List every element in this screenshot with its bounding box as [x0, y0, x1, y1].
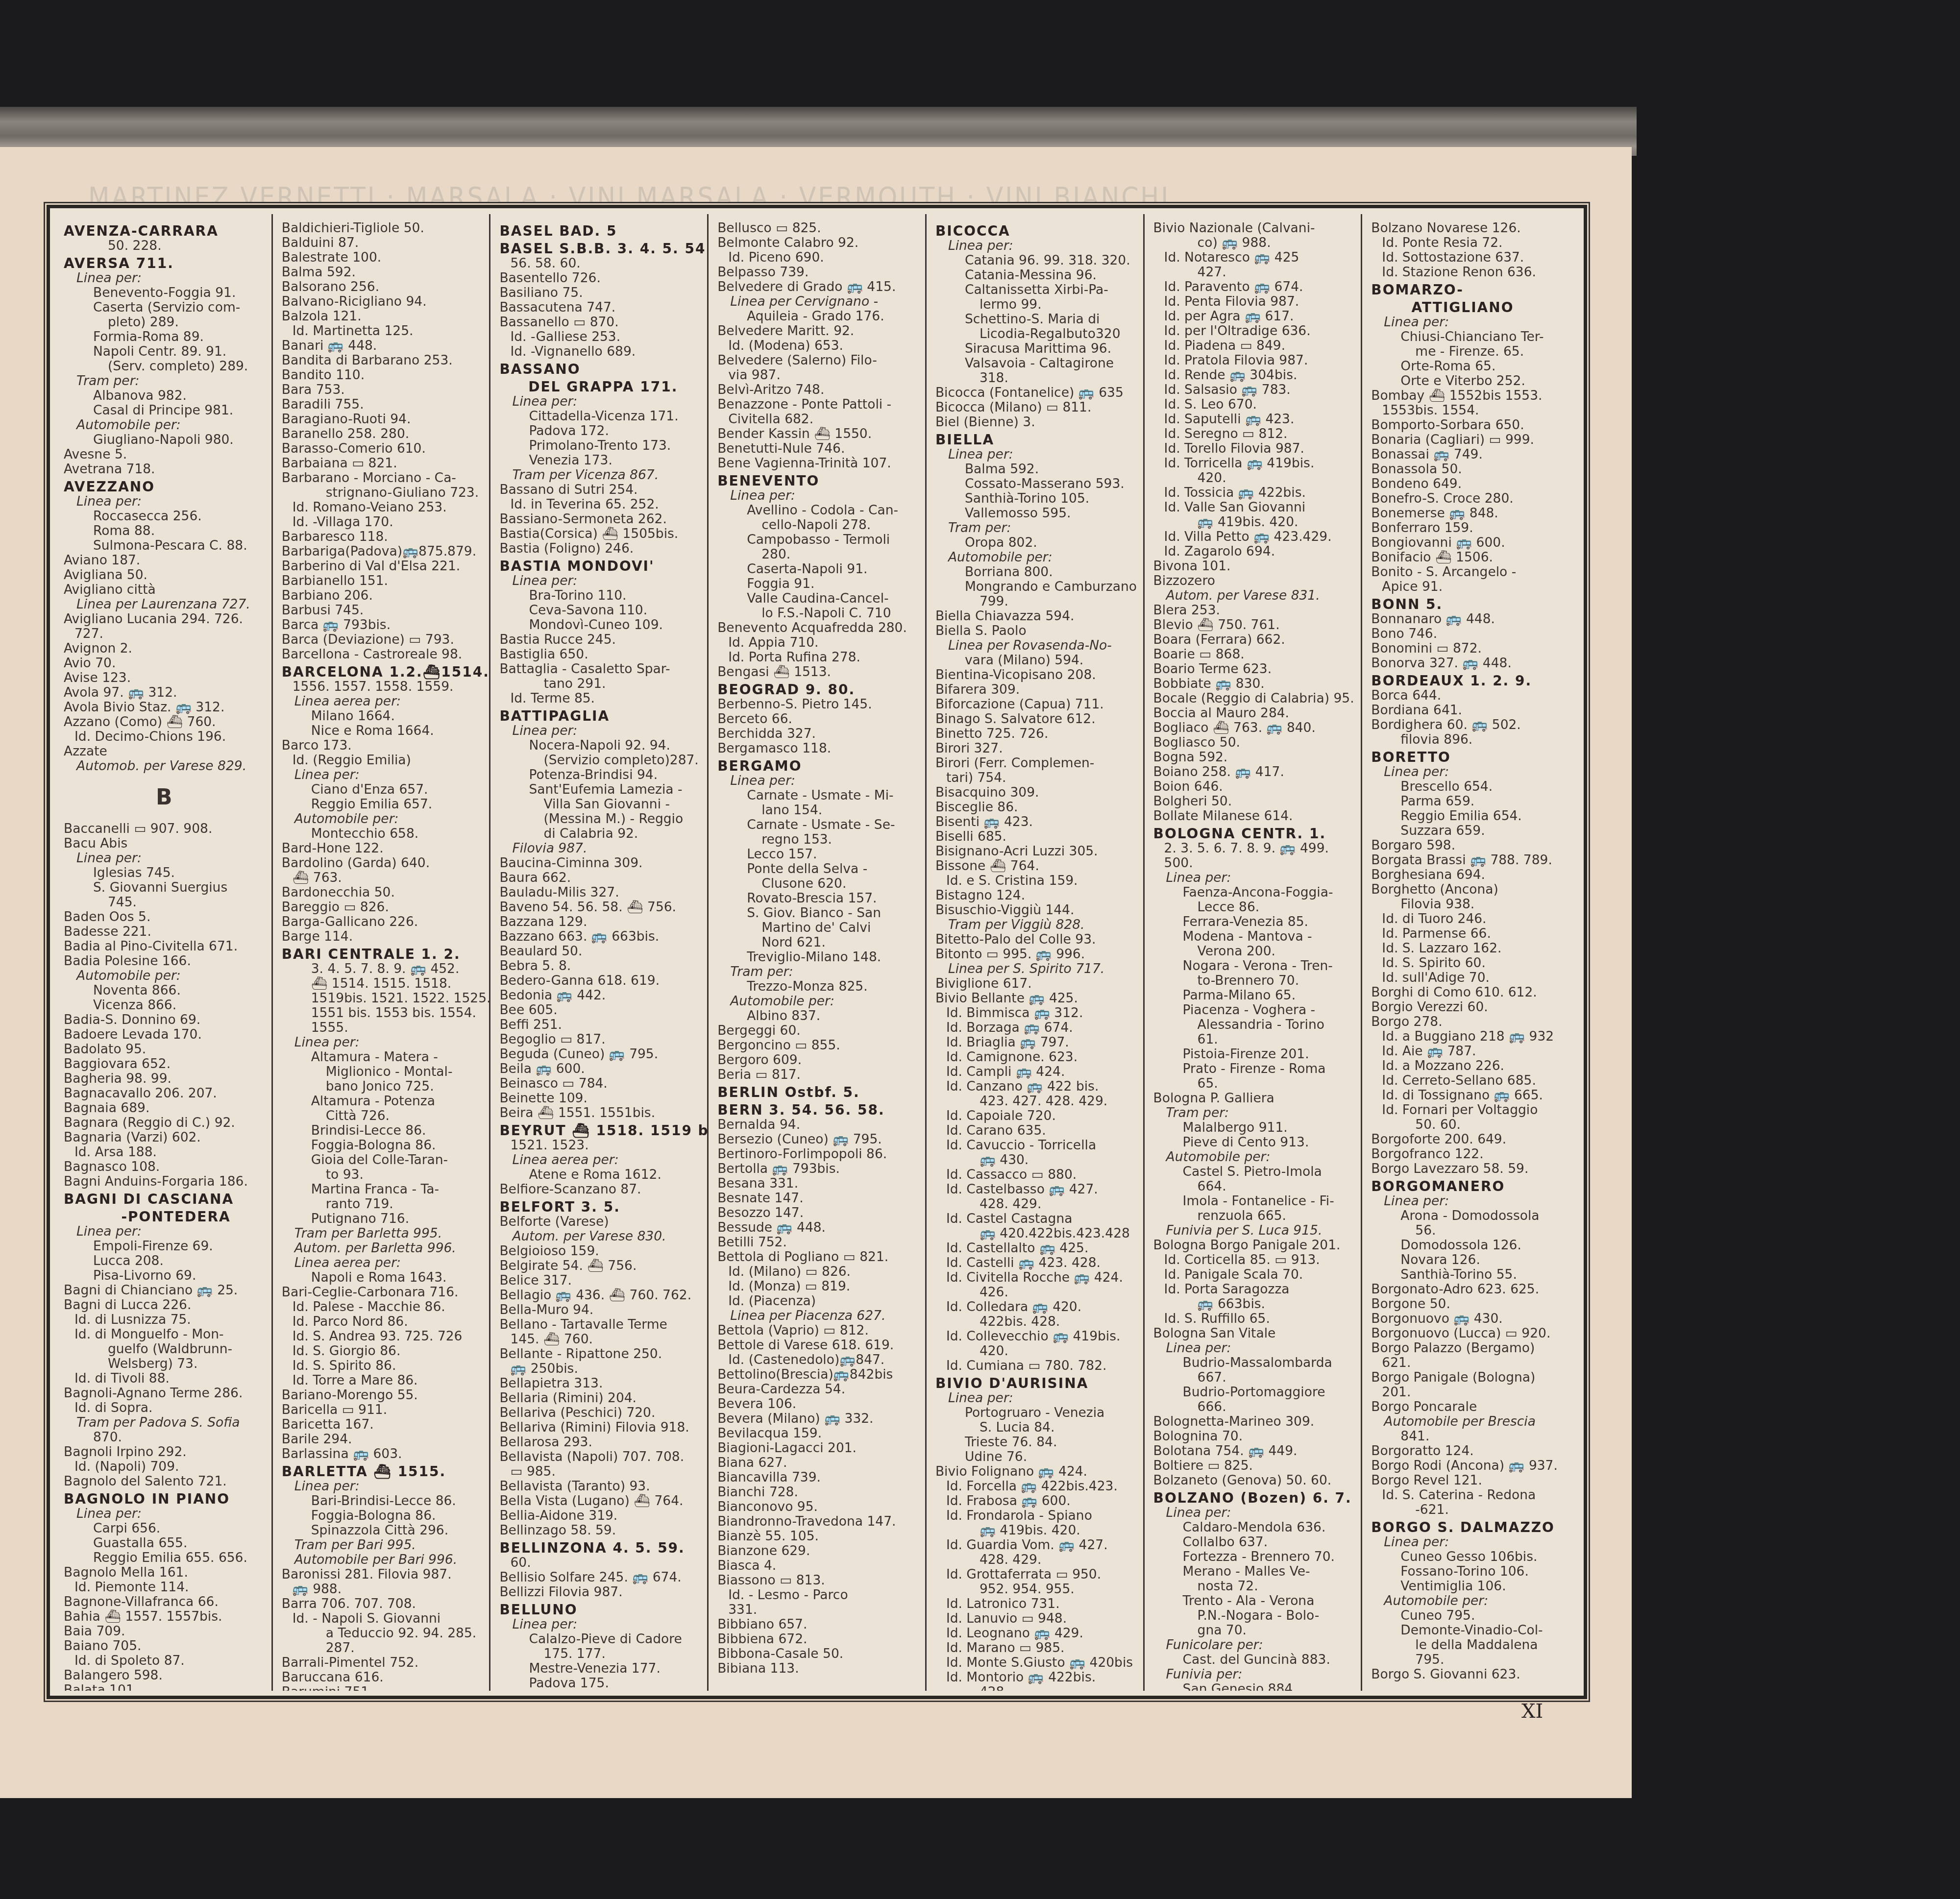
index-entry: Bellavista (Napoli) 707. 708.	[499, 1450, 700, 1464]
index-entry: Baruccana 616.	[282, 1670, 483, 1685]
index-entry: Bianconovo 95.	[717, 1500, 918, 1514]
service-label: Linea aerea per:	[282, 1256, 483, 1270]
index-entry: Id. Carano 635.	[935, 1123, 1136, 1138]
index-entry: Bardonecchia 50.	[282, 885, 483, 900]
index-entry: Belgioioso 159.	[499, 1244, 700, 1259]
index-entry: 428. 429.	[935, 1197, 1136, 1212]
index-entry: 1519bis. 1521. 1522. 1525.	[282, 991, 483, 1006]
index-entry: Id. a Mozzano 226.	[1371, 1059, 1572, 1073]
index-entry: Vicenza 866.	[64, 998, 265, 1013]
index-entry: Id. (Monza) ▭ 819.	[717, 1279, 918, 1294]
index-entry: Brescello 654.	[1371, 779, 1572, 794]
index-entry: Barra 706. 707. 708.	[282, 1597, 483, 1611]
index-entry: Arona - Domodossola	[1371, 1209, 1572, 1223]
index-entry: Bonferraro 159.	[1371, 521, 1572, 536]
index-entry: Caserta-Napoli 91.	[717, 562, 918, 577]
index-entry: Bassacutena 747.	[499, 300, 700, 315]
index-entry: Vallemosso 595.	[935, 506, 1136, 521]
index-entry: Beinasco ▭ 784.	[499, 1076, 700, 1091]
index-entry: Biagioni-Lagacci 201.	[717, 1441, 918, 1456]
index-entry: Id. Latronico 731.	[935, 1597, 1136, 1611]
index-entry: Bonito - S. Arcangelo -	[1371, 565, 1572, 580]
service-label: Linea per:	[64, 1224, 265, 1239]
service-label: Linea per:	[717, 774, 918, 788]
index-entry: Bastia Rucce 245.	[499, 633, 700, 647]
station-heading: BORETTO	[1371, 750, 1572, 765]
service-label: Funicolare per:	[1153, 1638, 1354, 1653]
index-entry: Bisignano-Acri Luzzi 305.	[935, 844, 1136, 859]
service-label: Autom. per Barletta 996.	[282, 1241, 483, 1256]
index-entry: Bellinzago 58. 59.	[499, 1523, 700, 1538]
index-entry: Bolognetta-Marineo 309.	[1153, 1414, 1354, 1429]
index-entry: Biforcazione (Capua) 711.	[935, 697, 1136, 712]
index-entry: Biella S. Paolo	[935, 624, 1136, 638]
index-entry: Miglionico - Montal-	[282, 1065, 483, 1079]
index-entry: Bazzana 129.	[499, 915, 700, 929]
index-entry: Bibbiena 672.	[717, 1632, 918, 1647]
index-entry: Id. Terme 85.	[499, 691, 700, 706]
index-entry: Roma 88.	[64, 524, 265, 538]
index-entry: Id. sull'Adige 70.	[1371, 971, 1572, 985]
index-entry: Piacenza - Voghera -	[1153, 1003, 1354, 1018]
index-entry: Ciano d'Enza 657.	[282, 782, 483, 797]
index-entry: Apice 91.	[1371, 580, 1572, 594]
index-entry: Id. Cassacco ▭ 880.	[935, 1168, 1136, 1182]
service-label: Linea per:	[717, 488, 918, 503]
index-entry: Binetto 725. 726.	[935, 727, 1136, 741]
index-entry: 420.	[935, 1344, 1136, 1359]
index-entry: me - Firenze. 65.	[1371, 344, 1572, 359]
index-entry: 318.	[935, 371, 1136, 386]
index-entry: Id. Sottostazione 637.	[1371, 250, 1572, 265]
index-entry: S. Lucia 84.	[935, 1420, 1136, 1435]
index-entry: Bessude 🚌 448.	[717, 1220, 918, 1235]
index-entry: Bellusco ▭ 825.	[717, 221, 918, 236]
station-heading: BASTIA MONDOVI'	[499, 559, 700, 574]
index-entry: Parma 659.	[1371, 794, 1572, 809]
index-entry: tari) 754.	[935, 771, 1136, 785]
index-entry: (Messina M.) - Reggio	[499, 812, 700, 827]
index-entry: renzuola 665.	[1153, 1209, 1354, 1223]
station-heading: BATTIPAGLIA	[499, 709, 700, 724]
index-entry: Bitonto ▭ 995. 🚌 996.	[935, 947, 1136, 962]
index-entry: Bonassola 50.	[1371, 462, 1572, 477]
index-entry: Mestre-Venezia 177.	[499, 1661, 700, 1676]
index-entry: to 93.	[282, 1168, 483, 1182]
index-entry: Baronissi 281. Filovia 987.	[282, 1567, 483, 1582]
index-entry: Bardolino (Garda) 640.	[282, 856, 483, 871]
service-label: Tram per:	[64, 374, 265, 389]
index-entry: Borgata Brassi 🚌 788. 789.	[1371, 853, 1572, 868]
index-entry: Beira ⛴ 1551. 1551bis.	[499, 1106, 700, 1120]
index-entry: Id. Parmense 66.	[1371, 926, 1572, 941]
index-entry: 799.	[935, 594, 1136, 609]
station-heading: BEYRUT ⛴ 1518. 1519 bis	[499, 1123, 700, 1138]
station-heading: BERLIN Ostbf. 5.	[717, 1085, 918, 1100]
index-entry: Beaulard 50.	[499, 944, 700, 959]
index-entry: Id. S. Leo 670.	[1153, 397, 1354, 412]
index-entry: Id. Leognano 🚌 429.	[935, 1626, 1136, 1641]
index-entry: Bellariva (Rimini) Filovia 918.	[499, 1420, 700, 1435]
index-entry: lermo 99.	[935, 297, 1136, 312]
index-entry: Nord 621.	[717, 935, 918, 950]
index-entry: Bender Kassin ⛴ 1550.	[717, 427, 918, 441]
index-entry: Barlassina 🚌 603.	[282, 1447, 483, 1461]
index-entry: Nogara - Verona - Tren-	[1153, 959, 1354, 974]
index-entry: Carpi 656.	[64, 1521, 265, 1536]
index-entry: Bagnoli Irpino 292.	[64, 1445, 265, 1460]
index-entry: Bonorva 327. 🚌 448.	[1371, 656, 1572, 671]
index-column-6: Bivio Nazionale (Calvani-co) 🚌 988.Id. N…	[1143, 214, 1361, 1691]
index-entry: Biel (Bienne) 3.	[935, 415, 1136, 430]
index-entry: a Teduccio 92. 94. 285.	[282, 1626, 483, 1641]
index-entry: Bellavista (Taranto) 93.	[499, 1479, 700, 1494]
index-entry: Id. Appia 710.	[717, 635, 918, 650]
index-entry: Badia-S. Donnino 69.	[64, 1013, 265, 1027]
index-entry: Mongrando e Camburzano	[935, 580, 1136, 594]
index-entry: Id. Lanuvio ▭ 948.	[935, 1611, 1136, 1626]
service-label: Linea per:	[64, 271, 265, 286]
index-entry: Bazzano 663. 🚌 663bis.	[499, 929, 700, 944]
service-label: Linea per Laurenzana 727.	[64, 597, 265, 612]
index-entry: Id. Valle San Giovanni	[1153, 500, 1354, 515]
index-entry: Brindisi-Lecce 86.	[282, 1123, 483, 1138]
index-entry: Id. (Reggio Emilia)	[282, 753, 483, 768]
index-entry: Pieve di Cento 913.	[1153, 1135, 1354, 1150]
index-entry: Bono 746.	[1371, 627, 1572, 641]
index-entry: Avignon 2.	[64, 641, 265, 656]
index-entry: Id. Piceno 690.	[717, 250, 918, 265]
index-entry: Bagni Anduins-Forgaria 186.	[64, 1174, 265, 1189]
index-entry: Biancavilla 739.	[717, 1470, 918, 1485]
index-entry: Borca 644.	[1371, 688, 1572, 703]
index-entry: 428. 429.	[935, 1553, 1136, 1567]
index-entry: Id. Bimmisca 🚌 312.	[935, 1006, 1136, 1021]
index-entry: Bassano di Sutri 254.	[499, 483, 700, 497]
index-entry: Potenza-Brindisi 94.	[499, 768, 700, 782]
index-entry: Schettino-S. Maria di	[935, 312, 1136, 327]
service-label: Linea aerea per:	[499, 1153, 700, 1168]
index-entry: Treviglio-Milano 148.	[717, 950, 918, 965]
index-entry: Balvano-Ricigliano 94.	[282, 294, 483, 309]
index-entry: Id. Torello Filovia 987.	[1153, 441, 1354, 456]
service-label: Tram per:	[935, 521, 1136, 536]
index-entry: Baucina-Ciminna 309.	[499, 856, 700, 871]
index-entry: Carnate - Usmate - Se-	[717, 818, 918, 832]
station-heading: AVERSA 711.	[64, 256, 265, 271]
index-entry: Borgo S. Giovanni 623.	[1371, 1667, 1572, 1682]
index-entry: Calalzo-Pieve di Cadore	[499, 1632, 700, 1647]
index-entry: Bogliaco ⛴ 763. 🚌 840.	[1153, 721, 1354, 735]
index-entry: Baden Oos 5.	[64, 910, 265, 925]
station-heading: -PONTEDERA	[64, 1210, 265, 1224]
index-entry: Cittadella-Vicenza 171.	[499, 409, 700, 424]
index-entry: Baricetta 167.	[282, 1417, 483, 1432]
index-entry: Besana 331.	[717, 1176, 918, 1191]
service-label: Linea per:	[499, 724, 700, 738]
index-entry: Id. Aie 🚌 787.	[1371, 1044, 1572, 1059]
service-label: Tram per Viggiù 828.	[935, 918, 1136, 932]
index-entry: Altamura - Potenza	[282, 1094, 483, 1109]
index-entry: Bettole di Varese 618. 619.	[717, 1338, 918, 1353]
index-entry: Mondovì-Cuneo 109.	[499, 618, 700, 633]
station-heading: BAGNOLO IN PIANO	[64, 1492, 265, 1507]
index-entry: Avetrana 718.	[64, 462, 265, 477]
station-heading: BOMARZO-	[1371, 283, 1572, 297]
service-label: Automobile per:	[64, 969, 265, 983]
index-entry: Bergoncino ▭ 855.	[717, 1038, 918, 1053]
index-entry: Bibbiano 657.	[717, 1617, 918, 1632]
index-entry: Id. Collevecchio 🚌 419bis.	[935, 1329, 1136, 1344]
index-entry: Id. Martinetta 125.	[282, 324, 483, 339]
index-entry: Ferrara-Venezia 85.	[1153, 915, 1354, 929]
index-entry: Bedonia 🚌 442.	[499, 988, 700, 1003]
station-heading: BERGAMO	[717, 759, 918, 774]
index-entry: Empoli-Firenze 69.	[64, 1239, 265, 1254]
index-entry: Id. Castelbasso 🚌 427.	[935, 1182, 1136, 1197]
index-entry: 65.	[1153, 1076, 1354, 1091]
station-heading: BERN 3. 54. 56. 58.	[717, 1103, 918, 1118]
index-entry: Barberino di Val d'Elsa 221.	[282, 559, 483, 574]
index-entry: Barrali-Pimentel 752.	[282, 1656, 483, 1670]
index-entry: Birori (Ferr. Complemen-	[935, 756, 1136, 771]
index-entry: Portogruaro - Venezia	[935, 1406, 1136, 1420]
index-entry: Trezzo-Monza 825.	[717, 979, 918, 994]
index-entry: Bastiglia 650.	[499, 647, 700, 662]
index-entry: Beila 🚌 600.	[499, 1062, 700, 1076]
index-entry: Siracusa Marittima 96.	[935, 341, 1136, 356]
index-entry: Belice 317.	[499, 1273, 700, 1288]
index-entry: Foggia-Bologna 86.	[282, 1509, 483, 1523]
index-entry: Modena - Mantova -	[1153, 929, 1354, 944]
index-entry: Fossano-Torino 106.	[1371, 1564, 1572, 1579]
index-entry: 870.	[64, 1430, 265, 1445]
index-entry: Barumini 751.	[282, 1685, 483, 1691]
index-entry: Bicocca (Fontanelice) 🚌 635	[935, 386, 1136, 400]
index-entry: Bertolla 🚌 793bis.	[717, 1162, 918, 1176]
index-entry: Id. Palese - Macchie 86.	[282, 1300, 483, 1315]
index-entry: Foggia-Bologna 86.	[282, 1138, 483, 1153]
index-entry: Cuneo 795.	[1371, 1608, 1572, 1623]
index-entry: Id. a Buggiano 218 🚌 932	[1371, 1029, 1572, 1044]
index-entry: Id. Arsa 188.	[64, 1145, 265, 1160]
index-entry: di Calabria 92.	[499, 827, 700, 841]
service-label: Linea per:	[1371, 765, 1572, 779]
index-entry: 🚌 663bis.	[1153, 1297, 1354, 1312]
index-entry: Avise 123.	[64, 671, 265, 685]
index-entry: Bagnoli-Agnano Terme 286.	[64, 1386, 265, 1401]
index-entry: 745.	[64, 895, 265, 910]
index-entry: Baia 709.	[64, 1624, 265, 1639]
index-entry: Biviglione 617.	[935, 976, 1136, 991]
index-entry: cello-Napoli 278.	[717, 518, 918, 533]
index-entry: Bagnacavallo 206. 207.	[64, 1086, 265, 1101]
index-entry: Bollate Milanese 614.	[1153, 809, 1354, 824]
index-entry: Id. Guardia Vom. 🚌 427.	[935, 1538, 1136, 1553]
index-entry: 56. 58. 60.	[499, 256, 700, 271]
index-entry: Venezia 173.	[499, 453, 700, 468]
index-entry: Bobbiate 🚌 830.	[1153, 677, 1354, 691]
index-entry: Iglesias 745.	[64, 866, 265, 880]
index-entry: Giugliano-Napoli 980.	[64, 433, 265, 447]
index-entry: Bivio Folignano 🚌 424.	[935, 1464, 1136, 1479]
index-entry: vara (Milano) 594.	[935, 653, 1136, 668]
index-entry: Biandronno-Travedona 147.	[717, 1514, 918, 1529]
index-entry: Baggiovara 652.	[64, 1057, 265, 1071]
index-entry: Biana 627.	[717, 1456, 918, 1470]
index-entry: regno 153.	[717, 832, 918, 847]
index-entry: 280.	[717, 547, 918, 562]
index-entry: Bologna P. Galliera	[1153, 1091, 1354, 1106]
station-heading: BORGOMANERO	[1371, 1179, 1572, 1194]
index-entry: Orte-Roma 65.	[1371, 359, 1572, 374]
index-entry: 427.	[1153, 265, 1354, 280]
index-entry: Rovato-Brescia 157.	[717, 891, 918, 906]
index-entry: Id. Rende 🚌 304bis.	[1153, 368, 1354, 383]
index-entry: Berceto 66.	[717, 712, 918, 727]
index-entry: Reggio Emilia 657.	[282, 797, 483, 812]
station-heading: AVEZZANO	[64, 480, 265, 494]
index-entry: Bianchi 728.	[717, 1485, 918, 1500]
index-entry: Id. Torricella 🚌 419bis.	[1153, 456, 1354, 471]
index-entry: 1555.	[282, 1021, 483, 1035]
index-entry: Bianzone 629.	[717, 1544, 918, 1558]
index-entry: Baragiano-Ruoti 94.	[282, 412, 483, 427]
index-entry: Baura 662.	[499, 871, 700, 885]
index-entry: Orte e Viterbo 252.	[1371, 374, 1572, 389]
station-heading: BOLZANO (Bozen) 6. 7.	[1153, 1491, 1354, 1506]
index-entry: 2. 3. 5. 6. 7. 8. 9. 🚌 499.	[1153, 841, 1354, 856]
index-entry: Id. Romano-Veiano 253.	[282, 500, 483, 515]
index-entry: strignano-Giuliano 723.	[282, 486, 483, 500]
index-entry: Bistagno 124.	[935, 888, 1136, 903]
index-entry: Bolognina 70.	[1153, 1429, 1354, 1444]
station-heading: BARCELONA 1.2.⛴1514.	[282, 665, 483, 680]
index-entry: Bivio Bellante 🚌 425.	[935, 991, 1136, 1006]
service-label: Linea per:	[282, 1035, 483, 1050]
index-entry: Barile 294.	[282, 1432, 483, 1447]
index-entry: Bonassai 🚌 749.	[1371, 447, 1572, 462]
index-entry: Bee 605.	[499, 1003, 700, 1018]
index-entry: gna 70.	[1153, 1623, 1354, 1638]
index-entry: Roccasecca 256.	[64, 509, 265, 524]
index-entry: Boccia al Mauro 284.	[1153, 706, 1354, 721]
index-entry: 🚌 988.	[282, 1582, 483, 1597]
index-entry: Id. - Lesmo - Parco	[717, 1588, 918, 1603]
index-entry: Bagni di Chianciano 🚌 25.	[64, 1283, 265, 1298]
index-entry: Id. Castelli 🚌 423. 428.	[935, 1256, 1136, 1270]
index-entry: Berbenno-S. Pietro 145.	[717, 697, 918, 712]
station-heading: BORGO S. DALMAZZO	[1371, 1520, 1572, 1535]
index-entry: Welsberg) 73.	[64, 1357, 265, 1371]
index-entry: Suzzara 659.	[1371, 824, 1572, 838]
index-entry: Castel S. Pietro-Imola	[1153, 1165, 1354, 1179]
index-entry: Domodossola 126.	[1371, 1238, 1572, 1253]
station-heading: BENEVENTO	[717, 474, 918, 488]
service-label: Automobile per:	[64, 418, 265, 433]
index-entry: 175. 177.	[499, 1647, 700, 1661]
index-entry: Id. Briaglia 🚌 797.	[935, 1035, 1136, 1050]
index-entry: Boara (Ferrara) 662.	[1153, 633, 1354, 647]
index-entry: Bellante - Ripattone 250.	[499, 1347, 700, 1362]
index-entry: Boario Terme 623.	[1153, 662, 1354, 677]
index-entry: lo F.S.-Napoli C. 710	[717, 606, 918, 621]
index-entry: Id. Stazione Renon 636.	[1371, 265, 1572, 280]
service-label: Automobile per:	[1371, 1594, 1572, 1608]
index-column-5: BICOCCALinea per:Catania 96. 99. 318. 32…	[925, 214, 1143, 1691]
index-entry: 664.	[1153, 1179, 1354, 1194]
index-entry: Lecco 157.	[717, 847, 918, 862]
service-label: Filovia 987.	[499, 841, 700, 856]
index-entry: Boiano 258. 🚌 417.	[1153, 765, 1354, 779]
index-entry: Borgo Palazzo (Bergamo)	[1371, 1341, 1572, 1356]
index-entry: Bondeno 649.	[1371, 477, 1572, 491]
index-entry: Badia Polesine 166.	[64, 954, 265, 969]
index-entry: guelfo (Waldbrunn-	[64, 1342, 265, 1357]
index-entry: Id. Cavuccio - Torricella	[935, 1138, 1136, 1153]
index-entry: Id. di Tuoro 246.	[1371, 912, 1572, 926]
index-entry: Bebra 5. 8.	[499, 959, 700, 974]
index-entry: Pistoia-Firenze 201.	[1153, 1047, 1354, 1062]
service-label: Linea per:	[499, 574, 700, 588]
index-entry: Bagnolo del Salento 721.	[64, 1474, 265, 1489]
station-heading: BELLINZONA 4. 5. 59.	[499, 1541, 700, 1556]
index-entry: Bard-Hone 122.	[282, 841, 483, 856]
index-entry: Bolzano Novarese 126.	[1371, 221, 1572, 236]
station-heading: BASEL BAD. 5	[499, 224, 700, 239]
index-entry: 952. 954. 955.	[935, 1582, 1136, 1597]
index-entry: Valsavoia - Caltagirone	[935, 356, 1136, 371]
index-entry: Id. Monte S.Giusto 🚌 420bis	[935, 1656, 1136, 1670]
index-entry: Baricella ▭ 911.	[282, 1403, 483, 1417]
index-entry: 🚌 430.	[935, 1153, 1136, 1168]
index-entry: Avellino - Codola - Can-	[717, 503, 918, 518]
service-label: Linea per:	[499, 1617, 700, 1632]
index-entry: Napoli Centr. 89. 91.	[64, 344, 265, 359]
index-entry: 727.	[64, 627, 265, 641]
service-label: Tram per Vicenza 867.	[499, 468, 700, 483]
index-entry: 1556. 1557. 1558. 1559.	[282, 680, 483, 694]
index-entry: Bastia (Foligno) 246.	[499, 541, 700, 556]
index-entry: Bellapietra 313.	[499, 1376, 700, 1391]
index-entry: Bellia-Aidone 319.	[499, 1509, 700, 1523]
index-entry: Barco 173.	[282, 738, 483, 753]
index-entry: Barbariga(Padova)🚌875.879.	[282, 544, 483, 559]
service-label: Linea per Piacenza 627.	[717, 1309, 918, 1323]
index-entry: Bagheria 98. 99.	[64, 1071, 265, 1086]
service-label: Automobile per:	[717, 994, 918, 1009]
index-entry: Id. Saputelli 🚌 423.	[1153, 412, 1354, 427]
index-entry: Barcellona - Castroreale 98.	[282, 647, 483, 662]
index-entry: 500.	[1153, 856, 1354, 871]
index-entry: Blera 253.	[1153, 603, 1354, 618]
service-label: Tram per Padova S. Sofia	[64, 1415, 265, 1430]
station-heading: BORDEAUX 1. 2. 9.	[1371, 674, 1572, 688]
index-entry: Baiano 705.	[64, 1639, 265, 1654]
index-entry: Avesne 5.	[64, 447, 265, 462]
index-entry: 621.	[1371, 1356, 1572, 1370]
index-entry: Bella Vista (Lugano) ⛴ 764.	[499, 1494, 700, 1509]
index-entry: Bagnara (Reggio di C.) 92.	[64, 1116, 265, 1130]
service-label: Autom. per Varese 830.	[499, 1229, 700, 1244]
index-entry: Bicocca (Milano) ▭ 811.	[935, 400, 1136, 415]
index-entry: 428.	[935, 1685, 1136, 1691]
service-label: Linea per:	[64, 851, 265, 866]
index-entry: Id. Seregno ▭ 812.	[1153, 427, 1354, 441]
index-entry: Bordighera 60. 🚌 502.	[1371, 718, 1572, 732]
index-entry: Sulmona-Pescara C. 88.	[64, 538, 265, 553]
index-entry: Avigliana 50.	[64, 568, 265, 583]
